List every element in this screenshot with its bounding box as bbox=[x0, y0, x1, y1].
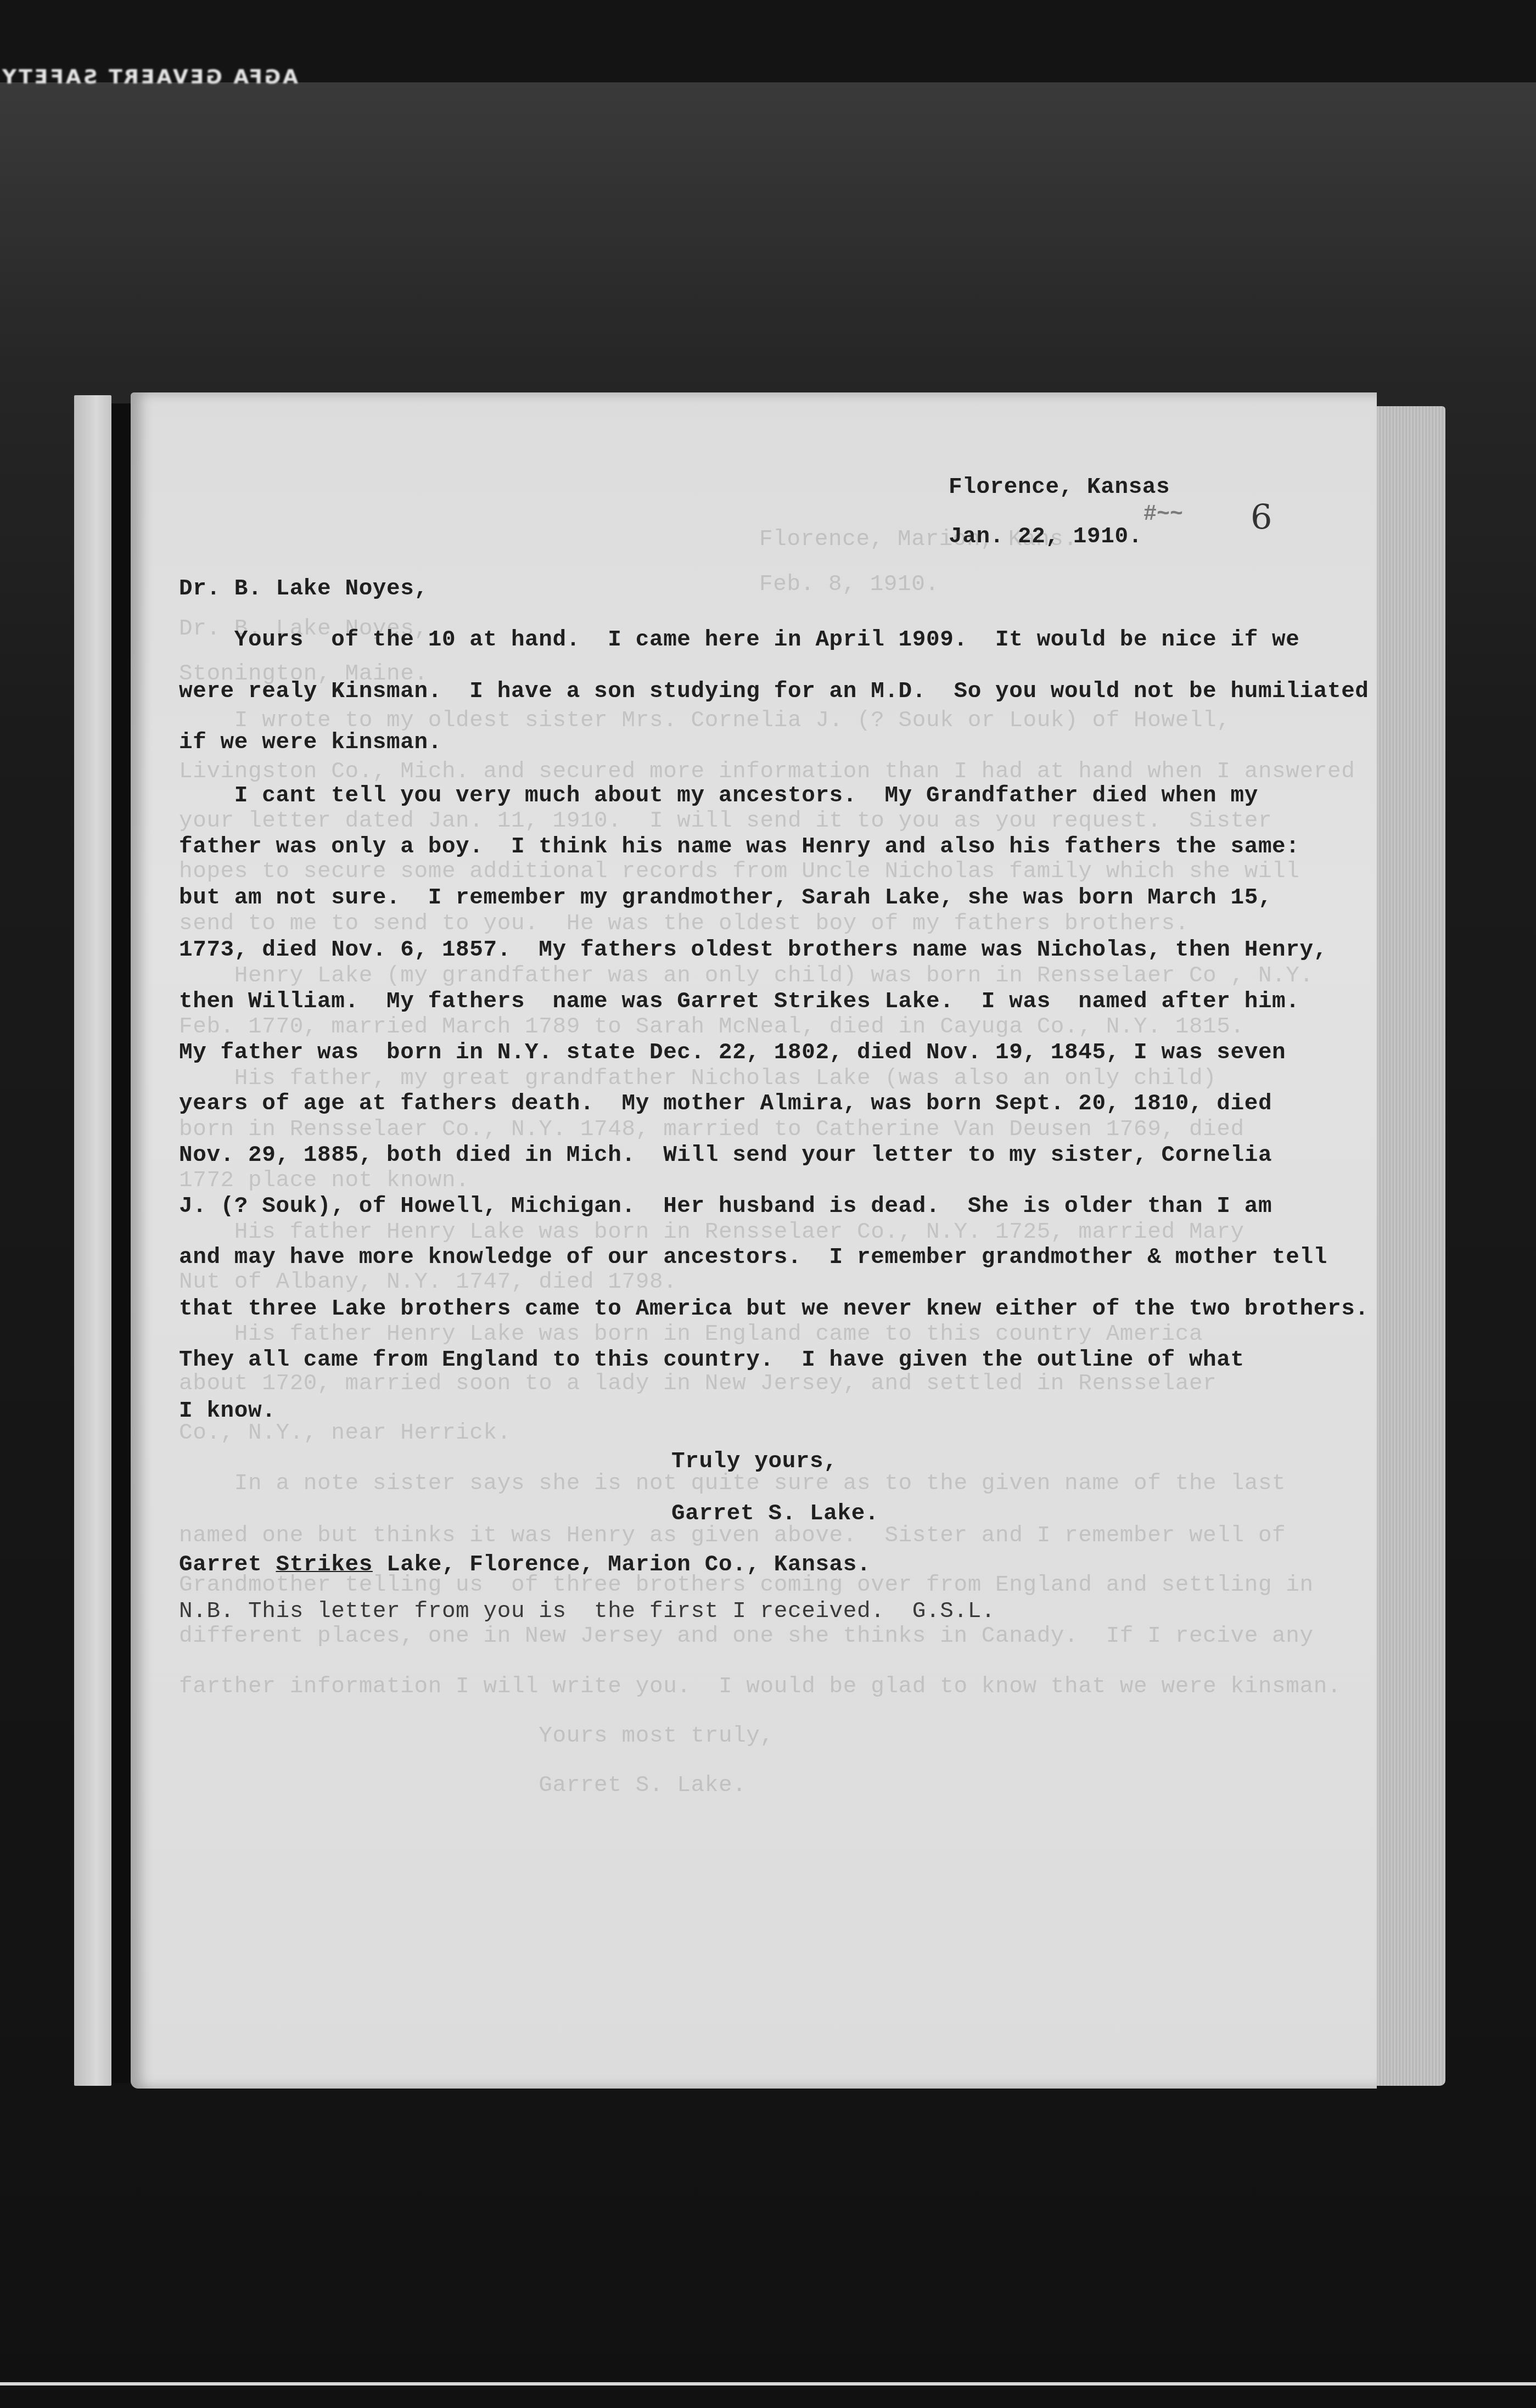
film-bottom-rule bbox=[0, 2382, 1536, 2385]
body-line: Nov. 29, 1885, both died in Mich. Will s… bbox=[179, 1143, 1272, 1168]
bleed-line: your letter dated Jan. 11, 1910. I will … bbox=[179, 809, 1272, 834]
bleed-line: hopes to secure some additional records … bbox=[179, 859, 1300, 884]
bleed-line: 1772 place not known. bbox=[179, 1168, 469, 1193]
body-line: if we were kinsman. bbox=[179, 730, 442, 755]
body-line: were realy Kinsman. I have a son studyin… bbox=[179, 679, 1369, 704]
postscript: N.B. This letter from you is the first I… bbox=[179, 1599, 995, 1624]
page-stack-edge bbox=[1377, 406, 1445, 2086]
body-line: J. (? Souk), of Howell, Michigan. Her hu… bbox=[179, 1194, 1272, 1219]
bleed-line: send to me to send to you. He was the ol… bbox=[179, 911, 1189, 936]
body-line: years of age at fathers death. My mother… bbox=[179, 1091, 1272, 1116]
bleed-line: His father, my great grandfather Nichola… bbox=[179, 1066, 1217, 1091]
bleed-line: Garret S. Lake. bbox=[179, 1773, 746, 1798]
full-name-address: Garret Strikes Lake, Florence, Marion Co… bbox=[179, 1552, 871, 1578]
salutation: Dr. B. Lake Noyes, bbox=[179, 576, 428, 602]
bleed-line: named one but thinks it was Henry as giv… bbox=[179, 1523, 1286, 1548]
body-line: 1773, died Nov. 6, 1857. My fathers olde… bbox=[179, 938, 1327, 963]
bleed-line: Livingston Co., Mich. and secured more i… bbox=[179, 759, 1355, 784]
book-gutter bbox=[111, 403, 131, 2083]
full-name-prefix: Garret bbox=[179, 1552, 276, 1578]
bleed-line: In a note sister says she is not quite s… bbox=[179, 1471, 1286, 1496]
body-line: father was only a boy. I think his name … bbox=[179, 834, 1300, 860]
facing-page-edge bbox=[74, 395, 111, 2086]
closing: Truly yours, bbox=[671, 1449, 837, 1474]
signature: Garret S. Lake. bbox=[671, 1501, 879, 1526]
body-line: that three Lake brothers came to America… bbox=[179, 1296, 1369, 1322]
film-edge-label: AGFA GEVAERT SAFETY bbox=[0, 66, 307, 88]
bleed-line: Nut of Albany, N.Y. 1747, died 1798. bbox=[179, 1270, 677, 1295]
bleed-heading-date: Feb. 8, 1910. bbox=[759, 572, 939, 597]
archive-stamp-mark: #~~ bbox=[1143, 502, 1183, 527]
body-line: and may have more knowledge of our ances… bbox=[179, 1245, 1327, 1270]
bleed-line: different places, one in New Jersey and … bbox=[179, 1624, 1314, 1649]
body-line: then William. My fathers name was Garret… bbox=[179, 989, 1300, 1014]
body-line: My father was born in N.Y. state Dec. 22… bbox=[179, 1040, 1286, 1065]
body-line: Yours of the 10 at hand. I came here in … bbox=[179, 627, 1300, 653]
bleed-line: His father Henry Lake was born in Rensse… bbox=[179, 1220, 1245, 1245]
bleed-line: born in Rensselaer Co., N.Y. 1748, marri… bbox=[179, 1117, 1245, 1142]
heading-place: Florence, Kansas bbox=[949, 475, 1170, 500]
bleed-line: His father Henry Lake was born in Englan… bbox=[179, 1322, 1203, 1347]
bleed-line: Co., N.Y., near Herrick. bbox=[179, 1421, 511, 1446]
bleed-line: Yours most truly, bbox=[179, 1724, 774, 1749]
bleed-line: Henry Lake (my grandfather was an only c… bbox=[179, 963, 1314, 989]
middle-name-underlined: Strikes bbox=[276, 1552, 372, 1578]
full-name-suffix: Lake, Florence, Marion Co., Kansas. bbox=[373, 1552, 871, 1578]
bleed-line: about 1720, married soon to a lady in Ne… bbox=[179, 1371, 1217, 1396]
bleed-line: Feb. 1770, married March 1789 to Sarah M… bbox=[179, 1014, 1245, 1040]
body-line: They all came from England to this count… bbox=[179, 1348, 1245, 1373]
body-line: I cant tell you very much about my ances… bbox=[179, 783, 1258, 809]
body-line: I know. bbox=[179, 1399, 276, 1424]
letter-page: Florence, Marion, Kans. Feb. 8, 1910. Dr… bbox=[131, 392, 1377, 2089]
heading-date: Jan. 22, 1910. bbox=[949, 524, 1142, 549]
folio-number: 6 bbox=[1251, 497, 1272, 537]
body-line: but am not sure. I remember my grandmoth… bbox=[179, 885, 1272, 911]
bleed-line: farther information I will write you. I … bbox=[179, 1674, 1341, 1699]
